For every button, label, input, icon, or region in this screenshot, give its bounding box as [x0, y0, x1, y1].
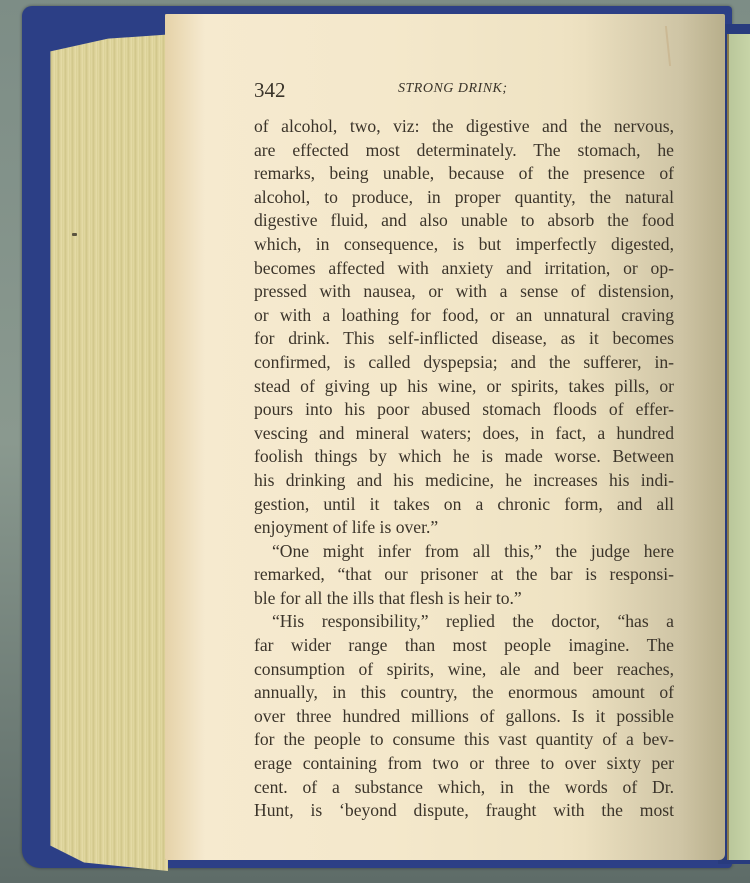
- page-gutter-line: [727, 34, 729, 860]
- text-line: far wider range than most people imagine…: [254, 634, 674, 658]
- text-line: foolish things by which he is made worse…: [254, 445, 674, 469]
- text-line: of alcohol, two, viz: the digestive and …: [254, 115, 674, 139]
- running-head-title: STRONG DRINK;: [398, 81, 508, 97]
- text-line: ble for all the ills that flesh is heir …: [254, 587, 674, 611]
- ink-speck: [72, 233, 77, 236]
- text-line: his drinking and his medicine, he increa…: [254, 469, 674, 493]
- text-line: pours into his poor abused stomach flood…: [254, 398, 674, 422]
- text-line: remarked, “that our prisoner at the bar …: [254, 563, 674, 587]
- text-line: annually, in this country, the enormous …: [254, 681, 674, 705]
- text-line: pressed with nausea, or with a sense of …: [254, 280, 674, 304]
- text-line: confirmed, is called dyspepsia; and the …: [254, 351, 674, 375]
- text-line: alcohol, to produce, in proper quantity,…: [254, 186, 674, 210]
- text-line: digestive fluid, and also unable to abso…: [254, 209, 674, 233]
- text-line: stead of giving up his wine, or spirits,…: [254, 375, 674, 399]
- facing-page-edge: [728, 34, 750, 860]
- text-line: gestion, until it takes on a chronic for…: [254, 493, 674, 517]
- page-block-edges: [48, 26, 168, 871]
- page-fold-shadow: [165, 14, 205, 860]
- text-line: over three hundred millions of gallons. …: [254, 705, 674, 729]
- text-line: are effected most determinately. The sto…: [254, 139, 674, 163]
- text-line: for the people to consume this vast quan…: [254, 728, 674, 752]
- text-line: erage containing from two or three to ov…: [254, 752, 674, 776]
- text-line: vescing and mineral waters; does, in fac…: [254, 422, 674, 446]
- running-head: 342 STRONG DRINK;: [254, 78, 674, 106]
- text-line: Hunt, is ‘beyond dispute, fraught with t…: [254, 799, 674, 823]
- text-line: enjoyment of life is over.”: [254, 516, 674, 540]
- body-text: of alcohol, two, viz: the digestive and …: [254, 115, 674, 823]
- text-line: or with a loathing for food, or an unnat…: [254, 304, 674, 328]
- text-line: “His responsibility,” replied the doctor…: [254, 610, 674, 634]
- text-line: which, in consequence, is but imperfectl…: [254, 233, 674, 257]
- text-line: remarks, being unable, because of the pr…: [254, 162, 674, 186]
- page-number: 342: [254, 78, 286, 103]
- text-line: consumption of spirits, wine, ale and be…: [254, 658, 674, 682]
- text-line: “One might infer from all this,” the jud…: [254, 540, 674, 564]
- text-line: becomes affected with anxiety and irrita…: [254, 257, 674, 281]
- text-line: cent. of a substance which, in the words…: [254, 776, 674, 800]
- text-line: for drink. This self-inflicted disease, …: [254, 327, 674, 351]
